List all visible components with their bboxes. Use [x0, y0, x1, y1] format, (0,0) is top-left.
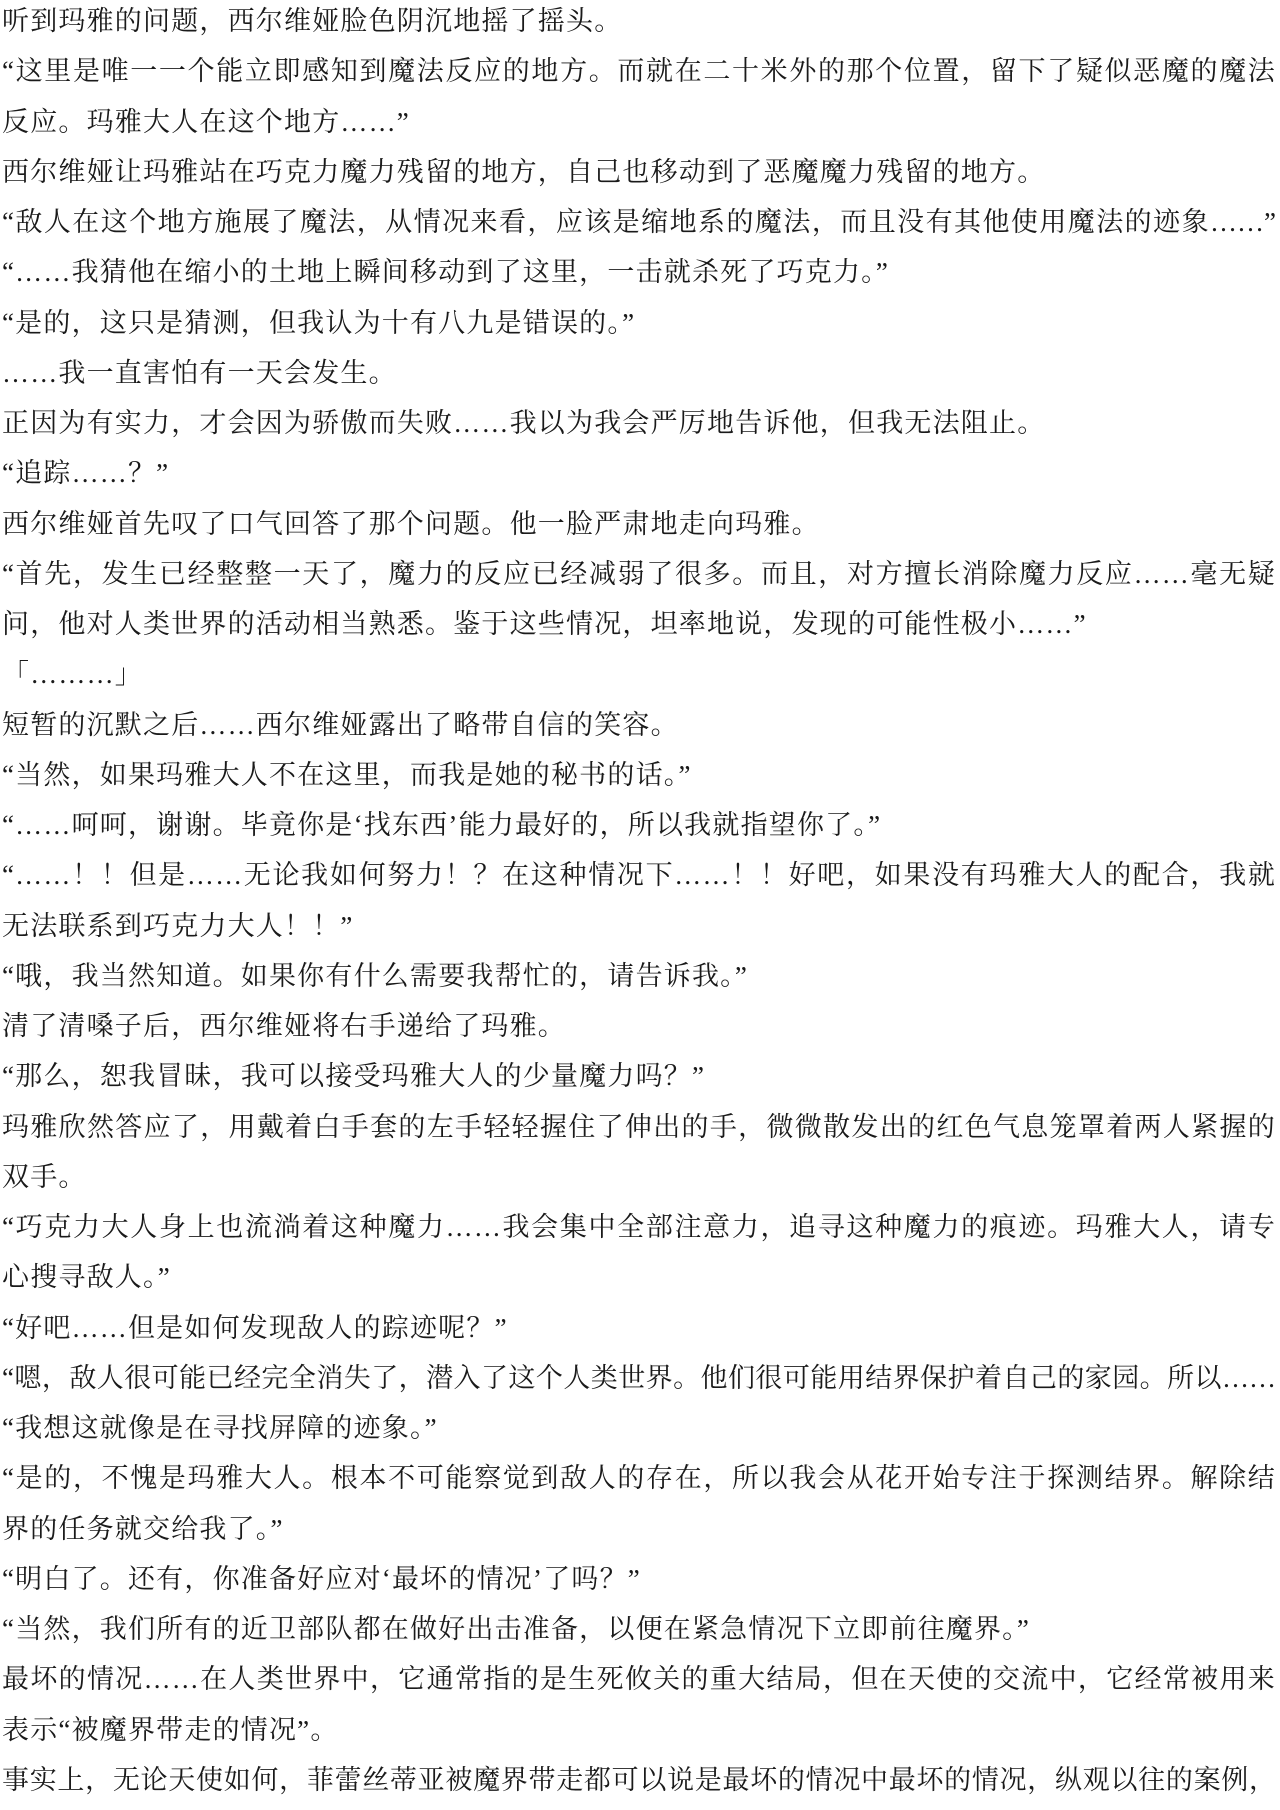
text-line-7: “是的，这只是猜测，但我认为十有八九是错误的。”	[2, 298, 1276, 348]
text-line-6: “……我猜他在缩小的土地上瞬间移动到了这里，一击就杀死了巧克力。”	[2, 247, 1276, 297]
novel-text-page: 听到玛雅的问题，西尔维娅脸色阴沉地摇了摇头。 “这里是唯一一个能立即感知到魔法反…	[0, 0, 1280, 1810]
text-line-34: 最坏的情况……在人类世界中，它通常指的是生死攸关的重大结局，但在天使的交流中，它…	[2, 1654, 1276, 1704]
text-line-8: ……我一直害怕有一天会发生。	[2, 348, 1276, 398]
text-line-11: 西尔维娅首先叹了口气回答了那个问题。他一脸严肃地走向玛雅。	[2, 499, 1276, 549]
text-line-24: 双手。	[2, 1152, 1276, 1202]
text-line-19: 无法联系到巧克力大人！！”	[2, 901, 1276, 951]
text-line-4: 西尔维娅让玛雅站在巧克力魔力残留的地方，自己也移动到了恶魔魔力残留的地方。	[2, 147, 1276, 197]
text-line-9: 正因为有实力，才会因为骄傲而失败……我以为我会严厉地告诉他，但我无法阻止。	[2, 398, 1276, 448]
text-line-36: 事实上，无论天使如何，菲蕾丝蒂亚被魔界带走都可以说是最坏的情况中最坏的情况，纵观…	[2, 1755, 1276, 1805]
text-line-20: “哦，我当然知道。如果你有什么需要我帮忙的，请告诉我。”	[2, 951, 1276, 1001]
text-line-30: “是的，不愧是玛雅大人。根本不可能察觉到敌人的存在，所以我会从花开始专注于探测结…	[2, 1453, 1276, 1503]
text-line-31: 界的任务就交给我了。”	[2, 1504, 1276, 1554]
text-line-22: “那么，恕我冒昧，我可以接受玛雅大人的少量魔力吗？”	[2, 1051, 1276, 1101]
text-line-12: “首先，发生已经整整一天了，魔力的反应已经减弱了很多。而且，对方擅长消除魔力反应…	[2, 549, 1276, 599]
text-line-32: “明白了。还有，你准备好应对‘最坏的情况’了吗？”	[2, 1554, 1276, 1604]
text-line-21: 清了清嗓子后，西尔维娅将右手递给了玛雅。	[2, 1001, 1276, 1051]
text-line-23: 玛雅欣然答应了，用戴着白手套的左手轻轻握住了伸出的手，微微散发出的红色气息笼罩着…	[2, 1102, 1276, 1152]
text-line-16: “当然，如果玛雅大人不在这里，而我是她的秘书的话。”	[2, 750, 1276, 800]
text-line-5: “敌人在这个地方施展了魔法，从情况来看，应该是缩地系的魔法，而且没有其他使用魔法…	[2, 197, 1276, 247]
text-line-27: “好吧……但是如何发现敌人的踪迹呢？”	[2, 1303, 1276, 1353]
text-line-33: “当然，我们所有的近卫部队都在做好出击准备，以便在紧急情况下立即前往魔界。”	[2, 1604, 1276, 1654]
text-line-15: 短暂的沉默之后……西尔维娅露出了略带自信的笑容。	[2, 700, 1276, 750]
text-line-26: 心搜寻敌人。”	[2, 1252, 1276, 1302]
text-line-3: 反应。玛雅大人在这个地方……”	[2, 97, 1276, 147]
text-line-35: 表示“被魔界带走的情况”。	[2, 1705, 1276, 1755]
text-line-18: “……！！但是……无论我如何努力！？在这种情况下……！！好吧，如果没有玛雅大人的…	[2, 850, 1276, 900]
text-line-13: 问，他对人类世界的活动相当熟悉。鉴于这些情况，坦率地说，发现的可能性极小……”	[2, 599, 1276, 649]
text-line-2: “这里是唯一一个能立即感知到魔法反应的地方。而就在二十米外的那个位置，留下了疑似…	[2, 46, 1276, 96]
text-line-29: “我想这就像是在寻找屏障的迹象。”	[2, 1403, 1276, 1453]
text-line-10: “追踪……？”	[2, 448, 1276, 498]
text-line-14: 「………」	[2, 649, 1276, 699]
text-line-1: 听到玛雅的问题，西尔维娅脸色阴沉地摇了摇头。	[2, 0, 1276, 46]
text-content: 听到玛雅的问题，西尔维娅脸色阴沉地摇了摇头。 “这里是唯一一个能立即感知到魔法反…	[2, 0, 1276, 1805]
text-line-17: “……呵呵，谢谢。毕竟你是‘找东西’能力最好的，所以我就指望你了。”	[2, 800, 1276, 850]
text-line-25: “巧克力大人身上也流淌着这种魔力……我会集中全部注意力，追寻这种魔力的痕迹。玛雅…	[2, 1202, 1276, 1252]
text-line-28: “嗯，敌人很可能已经完全消失了，潜入了这个人类世界。他们很可能用结界保护着自己的…	[2, 1353, 1276, 1403]
